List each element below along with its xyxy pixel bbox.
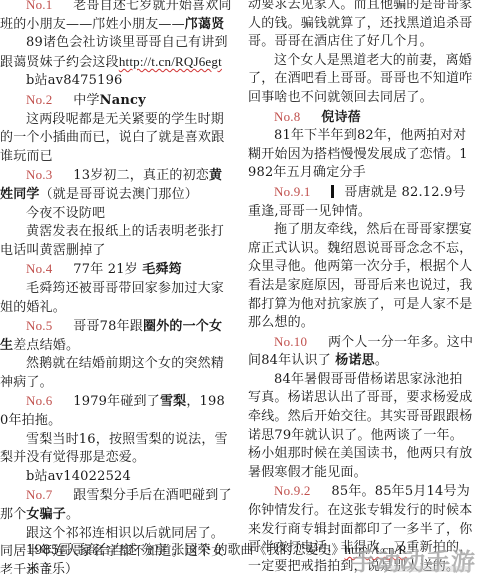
- paragraph: 这个女人是黑道老大的前妻，离婚了，在酒吧看上哥哥。哥哥也不知道咋回事啥也不问就领…: [248, 52, 474, 108]
- entry-label: No.6: [26, 393, 52, 408]
- paragraph: 然鹅就在结婚前期这个女的突然精神病了。: [0, 355, 232, 392]
- paragraph: 89诸色会社访谈里哥哥自己有讲到跟蔼贤妹子约会这段http://t.cn/RQJ…: [0, 34, 232, 72]
- entry-label: No.8: [274, 109, 300, 124]
- entry-label: No.3: [26, 167, 52, 182]
- paragraph: 拖了朋友牵线，然后在哥哥家摆宴席正式认识。魏绍恩说哥哥念念不忘，众里寻他。他两第…: [248, 221, 474, 333]
- entry-no2: No.2中学Nancy: [0, 91, 232, 111]
- entry-label: No.10: [274, 334, 307, 349]
- entry-label: No.9.2: [274, 483, 311, 498]
- bilibili-ref: b站av8475196: [0, 72, 232, 91]
- watermark-subline: [390, 566, 470, 572]
- entry-label: No.1: [26, 0, 52, 12]
- paragraph: 84年暑假哥哥借杨诺思家泳池拍写真。杨诺思认出了哥哥，要求杨爱成牵线。然后开始交…: [248, 371, 474, 483]
- entry-label: No.9.1: [274, 184, 311, 199]
- paragraph: 81年下半年到82年，他两拍对对糊开始因为搭档慢慢发展成了恋情。1982年五月确…: [248, 127, 474, 183]
- paragraph: 这两段呢都是无关紧要的学生时期的一个小插曲而已，说白了就是喜欢跟谁玩而已: [0, 111, 232, 167]
- entry-no3: No.313岁初二，真正的初恋黄姓同学（就是哥哥说去澳门那位）: [0, 166, 232, 204]
- name-highlight: 女骗子: [26, 507, 66, 522]
- name-highlight: 邝蔼贤: [185, 17, 225, 32]
- entry-no4: No.477年 21岁 毛舜筠: [0, 260, 232, 280]
- entry-no10: No.10两个人一分一年多。这中间84年认识了 杨诺思。: [248, 333, 474, 371]
- name-highlight: 雪梨: [160, 394, 186, 409]
- paragraph: 毛舜筠还被哥哥带回家参加过大家姐的婚礼。: [0, 280, 232, 317]
- entry-no1: No.1老哥自述七岁就开始喜欢同班的小朋友——邝姓小朋友——邝蔼贤: [0, 0, 232, 34]
- name-highlight: 杨诺思: [335, 353, 375, 368]
- right-column: 动要求去见家人。而且他骗的是哥哥家人的钱。骗钱就算了，还找黑道追杀哥哥。哥哥在酒…: [248, 0, 474, 574]
- paragraph: 今夜不设防吧: [0, 205, 232, 224]
- name-highlight: 毛舜筠: [142, 262, 182, 277]
- entry-no5: No.5哥哥78年跟圈外的一个女生差点结婚。: [0, 317, 232, 355]
- left-column: No.1老哥自述七岁就开始喜欢同班的小朋友——邝姓小朋友——邝蔼贤 89诸色会社…: [0, 0, 232, 574]
- entry-no6: No.61979年碰到了雪梨，1980年拍拖。: [0, 392, 232, 430]
- paragraph: 黄霑发表在报纸上的话表明老张打电话叫黄霑删掉了: [0, 223, 232, 260]
- entry-label: No.2: [26, 92, 52, 107]
- short-link[interactable]: http://t.cn/RQJ6egt: [119, 54, 222, 69]
- entry-label: No.4: [26, 261, 52, 276]
- separator-bar: [331, 185, 334, 198]
- entry-label: No.7: [26, 487, 52, 502]
- paragraph: 雪梨当时16，按照雪梨的说法，雪梨并没有觉得那是恋爱。: [0, 431, 232, 468]
- entry-label: No.5: [26, 318, 52, 333]
- document-page: No.1老哥自述七岁就开始喜欢同班的小朋友——邝姓小朋友——邝蔼贤 89诸色会社…: [0, 0, 480, 574]
- paragraph: 动要求去见家人。而且他骗的是哥哥家人的钱。骗钱就算了，还找黑道追杀哥哥。哥哥在酒…: [248, 0, 474, 52]
- entry-no8: No.8倪诗蓓: [248, 108, 474, 128]
- entry-no7: No.7跟雪梨分手后在酒吧碰到了那个女骗子。: [0, 486, 232, 524]
- name-highlight: 倪诗蓓: [321, 110, 361, 125]
- name-highlight: Nancy: [100, 93, 146, 108]
- bilibili-ref: b站av14022524: [0, 468, 232, 487]
- entry-no9-1: No.9.1哥唐就是 82.12.9号重逢,哥哥一见钟情。: [248, 183, 474, 221]
